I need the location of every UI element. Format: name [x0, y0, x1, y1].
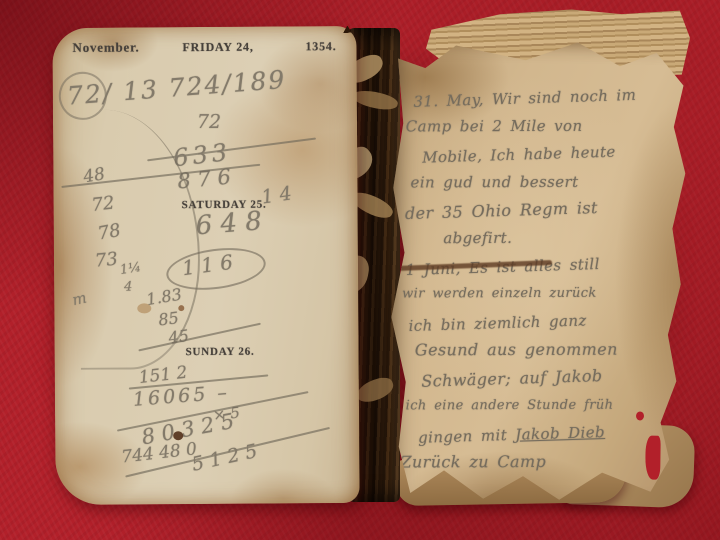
left-page: November. FRIDAY 24, 1354. SATURDAY 25. …	[52, 26, 359, 505]
handwriting-line: 31. May, Wir sind noch im	[413, 80, 664, 116]
pencil-col-fraction: 1¼	[119, 260, 142, 278]
pencil-14: 1 4	[260, 182, 293, 208]
printed-year-label: 1354.	[305, 39, 336, 54]
pencil-division-row: 72/ 13 724/189	[66, 65, 287, 111]
pencil-col-4: 4	[124, 280, 132, 295]
stain-spot	[137, 303, 151, 313]
printed-friday-label: FRIDAY 24,	[182, 40, 253, 55]
handwriting-line: Schwäger; auf Jakob	[421, 360, 668, 396]
handwriting-line-prefix: gingen mit	[418, 426, 516, 447]
handwriting-line: Zurück zu Camp	[400, 448, 668, 477]
printed-sunday-label: SUNDAY 26.	[186, 346, 255, 358]
handwriting-line: Gesund aus genommen	[415, 335, 667, 364]
pencil-5125: 5 1 2 5	[190, 440, 260, 476]
pencil-72: 72	[197, 111, 221, 133]
felt-through-tear	[636, 411, 644, 420]
ink-fleck	[173, 431, 183, 440]
handwriting-line: gingen mit Jakob Dieb	[418, 416, 669, 452]
diary-photo: November. FRIDAY 24, 1354. SATURDAY 25. …	[0, 0, 720, 540]
handwriting-line: ich bin ziemlich ganz	[408, 304, 667, 340]
handwriting-line: ein gud und bessert	[410, 167, 664, 196]
pencil-85: 85	[157, 308, 180, 329]
right-page: 31. May, Wir sind noch im Camp bei 2 Mil…	[383, 40, 693, 506]
handwriting-line: Mobile, Ich habe heute	[422, 136, 665, 172]
handwriting-block: 31. May, Wir sind noch im Camp bei 2 Mil…	[403, 82, 668, 478]
pencil-col-72: 72	[90, 193, 115, 216]
pencil-col-48: 48	[82, 164, 107, 187]
handwriting-line: Camp bei 2 Mile von	[406, 112, 664, 141]
pencil-col-78: 78	[96, 220, 122, 245]
pencil-74448: 744 48 0	[120, 439, 197, 467]
felt-through-tear	[645, 436, 661, 480]
handwriting-line: wir werden einzeln zurück	[402, 280, 666, 309]
handwriting-line: ich eine andere Stunde früh	[406, 392, 668, 421]
pencil-648: 6 4 8	[195, 206, 263, 241]
printed-month-label: November.	[72, 39, 139, 55]
underlined-name: Jakob Dieb	[515, 423, 605, 444]
pencil-col-73: 73	[94, 249, 119, 272]
handwriting-line: abgefirt.	[443, 223, 665, 252]
ink-fleck	[178, 305, 184, 311]
